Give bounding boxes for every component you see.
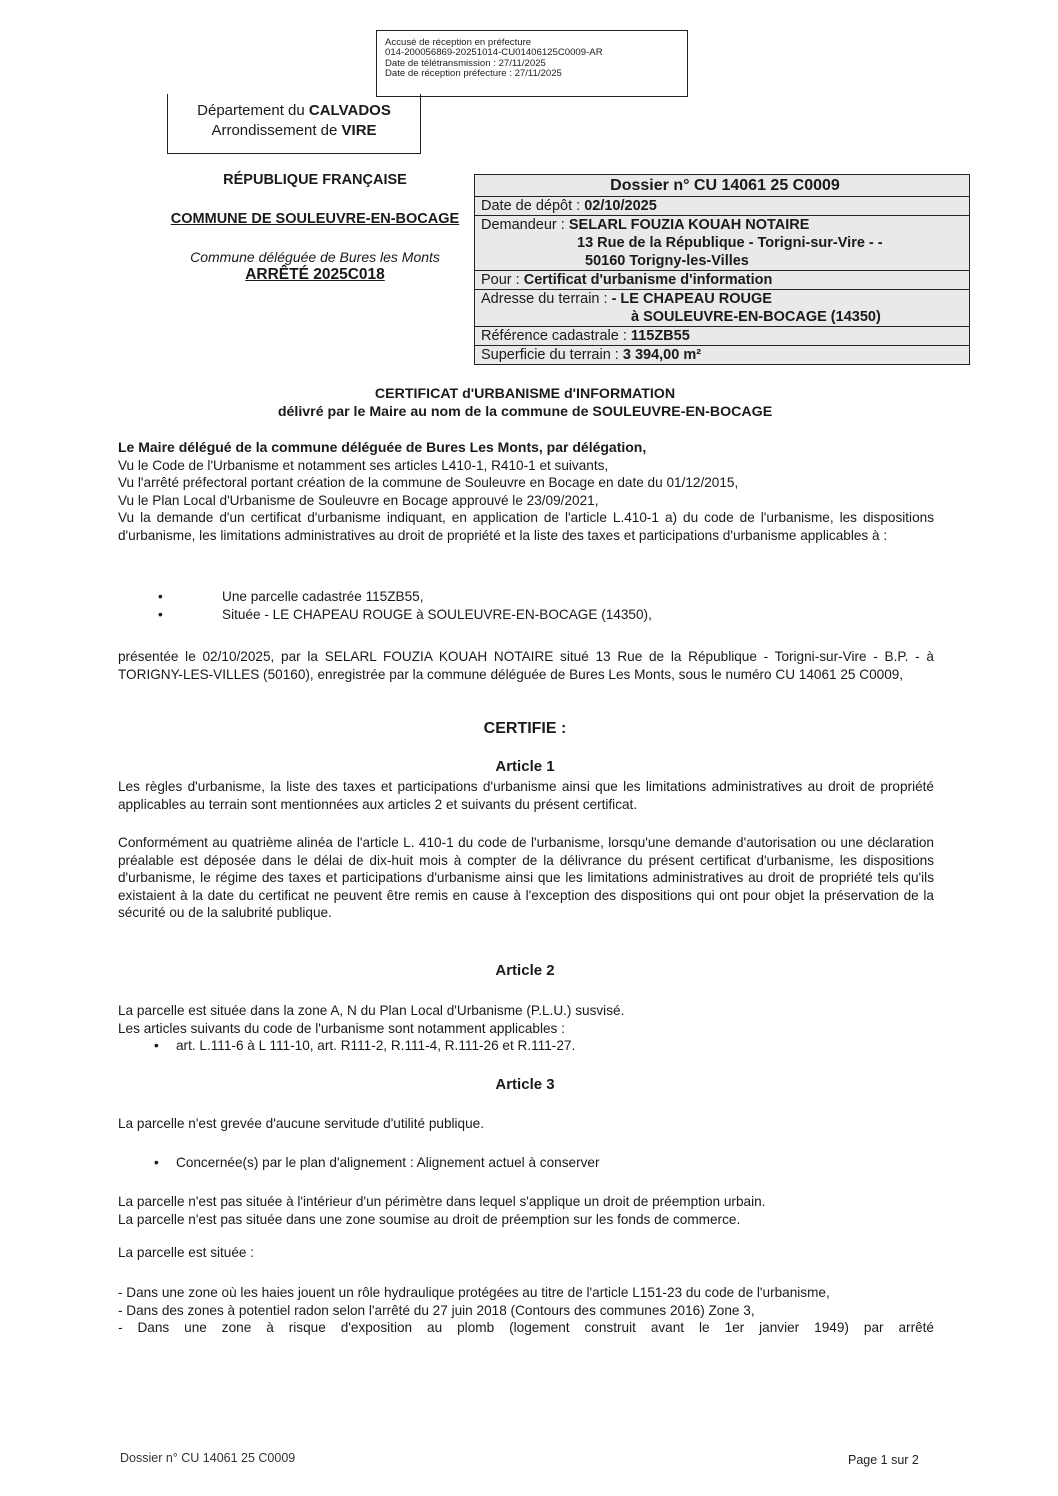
bullet-text: Située - LE CHAPEAU ROUGE à SOULEUVRE-EN… xyxy=(222,607,652,622)
article-3-title: Article 3 xyxy=(110,1076,940,1093)
article-2-body: La parcelle est située dans la zone A, N… xyxy=(118,1002,934,1055)
article-1-paragraph: Conformément au quatrième alinéa de l'ar… xyxy=(118,834,934,922)
reference-row: Référence cadastrale : 115ZB55 xyxy=(475,326,969,345)
bullet-text: Une parcelle cadastrée 115ZB55, xyxy=(222,589,424,604)
demandeur-name: SELARL FOUZIA KOUAH NOTAIRE xyxy=(569,217,810,233)
parcel-bullets: •Une parcelle cadastrée 115ZB55, •Située… xyxy=(118,588,934,623)
reference-label: Référence cadastrale : xyxy=(481,328,631,344)
preamble: Le Maire délégué de la commune déléguée … xyxy=(118,439,934,544)
commune-heading: COMMUNE DE SOULEUVRE-EN-BOCAGE xyxy=(110,211,520,227)
bullet-text: Concernée(s) par le plan d'alignement : … xyxy=(176,1155,599,1170)
adresse-label: Adresse du terrain : xyxy=(481,291,612,307)
pour-label: Pour : xyxy=(481,272,524,288)
list-item: - Dans des zones à potentiel radon selon… xyxy=(118,1302,934,1320)
vu-line: Vu le Code de l'Urbanisme et notamment s… xyxy=(118,457,934,475)
article-3-paragraph: La parcelle est située : xyxy=(118,1244,934,1262)
vu-line: Vu la demande d'un certificat d'urbanism… xyxy=(118,509,934,544)
article-1-paragraph: Les règles d'urbanisme, la liste des tax… xyxy=(118,778,934,813)
adresse-line2: à SOULEUVRE-EN-BOCAGE (14350) xyxy=(631,309,881,325)
vu-line: Vu l'arrêté préfectoral portant création… xyxy=(118,474,934,492)
page-number: Page 1 sur 2 xyxy=(848,1453,919,1467)
article-3-body: La parcelle n'est pas située à l'intérie… xyxy=(118,1193,934,1228)
demandeur-address-line1: 13 Rue de la République - Torigni-sur-Vi… xyxy=(577,235,883,251)
article-3-paragraph: La parcelle n'est grevée d'aucune servit… xyxy=(118,1115,934,1133)
dossier-table: Dossier n° CU 14061 25 C0009 Date de dép… xyxy=(474,174,970,365)
certificate-subtitle: délivré par le Maire au nom de la commun… xyxy=(110,404,940,420)
dossier-title: Dossier n° CU 14061 25 C0009 xyxy=(475,175,969,196)
presentee-paragraph: présentée le 02/10/2025, par la SELARL F… xyxy=(118,648,934,683)
arrete-number: ARRÊTÉ 2025C018 xyxy=(110,266,520,284)
certificate-title: CERTIFICAT d'URBANISME d'INFORMATION xyxy=(110,386,940,402)
department-name: CALVADOS xyxy=(309,102,391,119)
vu-line: Vu le Plan Local d'Urbanisme de Souleuvr… xyxy=(118,492,934,510)
bullet-item: •Située - LE CHAPEAU ROUGE à SOULEUVRE-E… xyxy=(118,606,934,624)
footer-dossier-number: Dossier n° CU 14061 25 C0009 xyxy=(120,1451,295,1465)
demandeur-address-line2: 50160 Torigny-les-Villes xyxy=(585,253,749,269)
list-item: - Dans une zone à risque d'exposition au… xyxy=(118,1319,934,1337)
certifie-heading: CERTIFIE : xyxy=(110,720,940,738)
date-depot-row: Date de dépôt : 02/10/2025 xyxy=(475,196,969,215)
article-3-paragraph: La parcelle n'est pas située à l'intérie… xyxy=(118,1193,934,1211)
bullet-text: art. L.111-6 à L 111-10, art. R111-2, R.… xyxy=(176,1038,575,1053)
department-box: Département du CALVADOS Arrondissement d… xyxy=(167,94,421,154)
department-line: Département du CALVADOS xyxy=(168,101,420,121)
list-item: - Dans une zone où les haies jouent un r… xyxy=(118,1284,934,1302)
arrondissement-label: Arrondissement de xyxy=(211,122,341,139)
superficie-value: 3 394,00 m² xyxy=(623,347,701,363)
reference-value: 115ZB55 xyxy=(631,328,690,344)
republique-heading: RÉPUBLIQUE FRANÇAISE xyxy=(110,172,520,188)
date-depot-value: 02/10/2025 xyxy=(584,198,657,214)
maire-line: Le Maire délégué de la commune déléguée … xyxy=(118,439,934,457)
adresse-row: Adresse du terrain : - LE CHAPEAU ROUGE … xyxy=(475,289,969,326)
bullet-item: •Concernée(s) par le plan d'alignement :… xyxy=(118,1154,970,1172)
bullet-item: •art. L.111-6 à L 111-10, art. R111-2, R… xyxy=(118,1037,934,1055)
arrondissement-line: Arrondissement de VIRE xyxy=(168,121,420,141)
demandeur-label: Demandeur : xyxy=(481,217,569,233)
adresse-line1: - LE CHAPEAU ROUGE xyxy=(612,291,772,307)
prefecture-receipt-stamp: Accusé de réception en préfecture 014-20… xyxy=(376,30,688,97)
demandeur-row: Demandeur : SELARL FOUZIA KOUAH NOTAIRE … xyxy=(475,215,969,270)
article-3-paragraph: La parcelle n'est pas située dans une zo… xyxy=(118,1211,934,1229)
article-1-title: Article 1 xyxy=(110,758,940,775)
article-3-list: - Dans une zone où les haies jouent un r… xyxy=(118,1284,934,1337)
pour-row: Pour : Certificat d'urbanisme d'informat… xyxy=(475,270,969,289)
department-label: Département du xyxy=(197,102,309,119)
article-2-paragraph: Les articles suivants du code de l'urban… xyxy=(118,1020,934,1038)
pour-value: Certificat d'urbanisme d'information xyxy=(524,272,773,288)
date-depot-label: Date de dépôt : xyxy=(481,198,584,214)
article-2-paragraph: La parcelle est située dans la zone A, N… xyxy=(118,1002,934,1020)
stamp-line: Date de réception préfecture : 27/11/202… xyxy=(385,69,687,79)
superficie-label: Superficie du terrain : xyxy=(481,347,623,363)
arrondissement-name: VIRE xyxy=(342,122,377,139)
superficie-row: Superficie du terrain : 3 394,00 m² xyxy=(475,345,969,364)
article-2-title: Article 2 xyxy=(110,962,940,979)
commune-deleguee: Commune déléguée de Bures les Monts xyxy=(110,249,520,265)
bullet-item: •Une parcelle cadastrée 115ZB55, xyxy=(118,588,934,606)
